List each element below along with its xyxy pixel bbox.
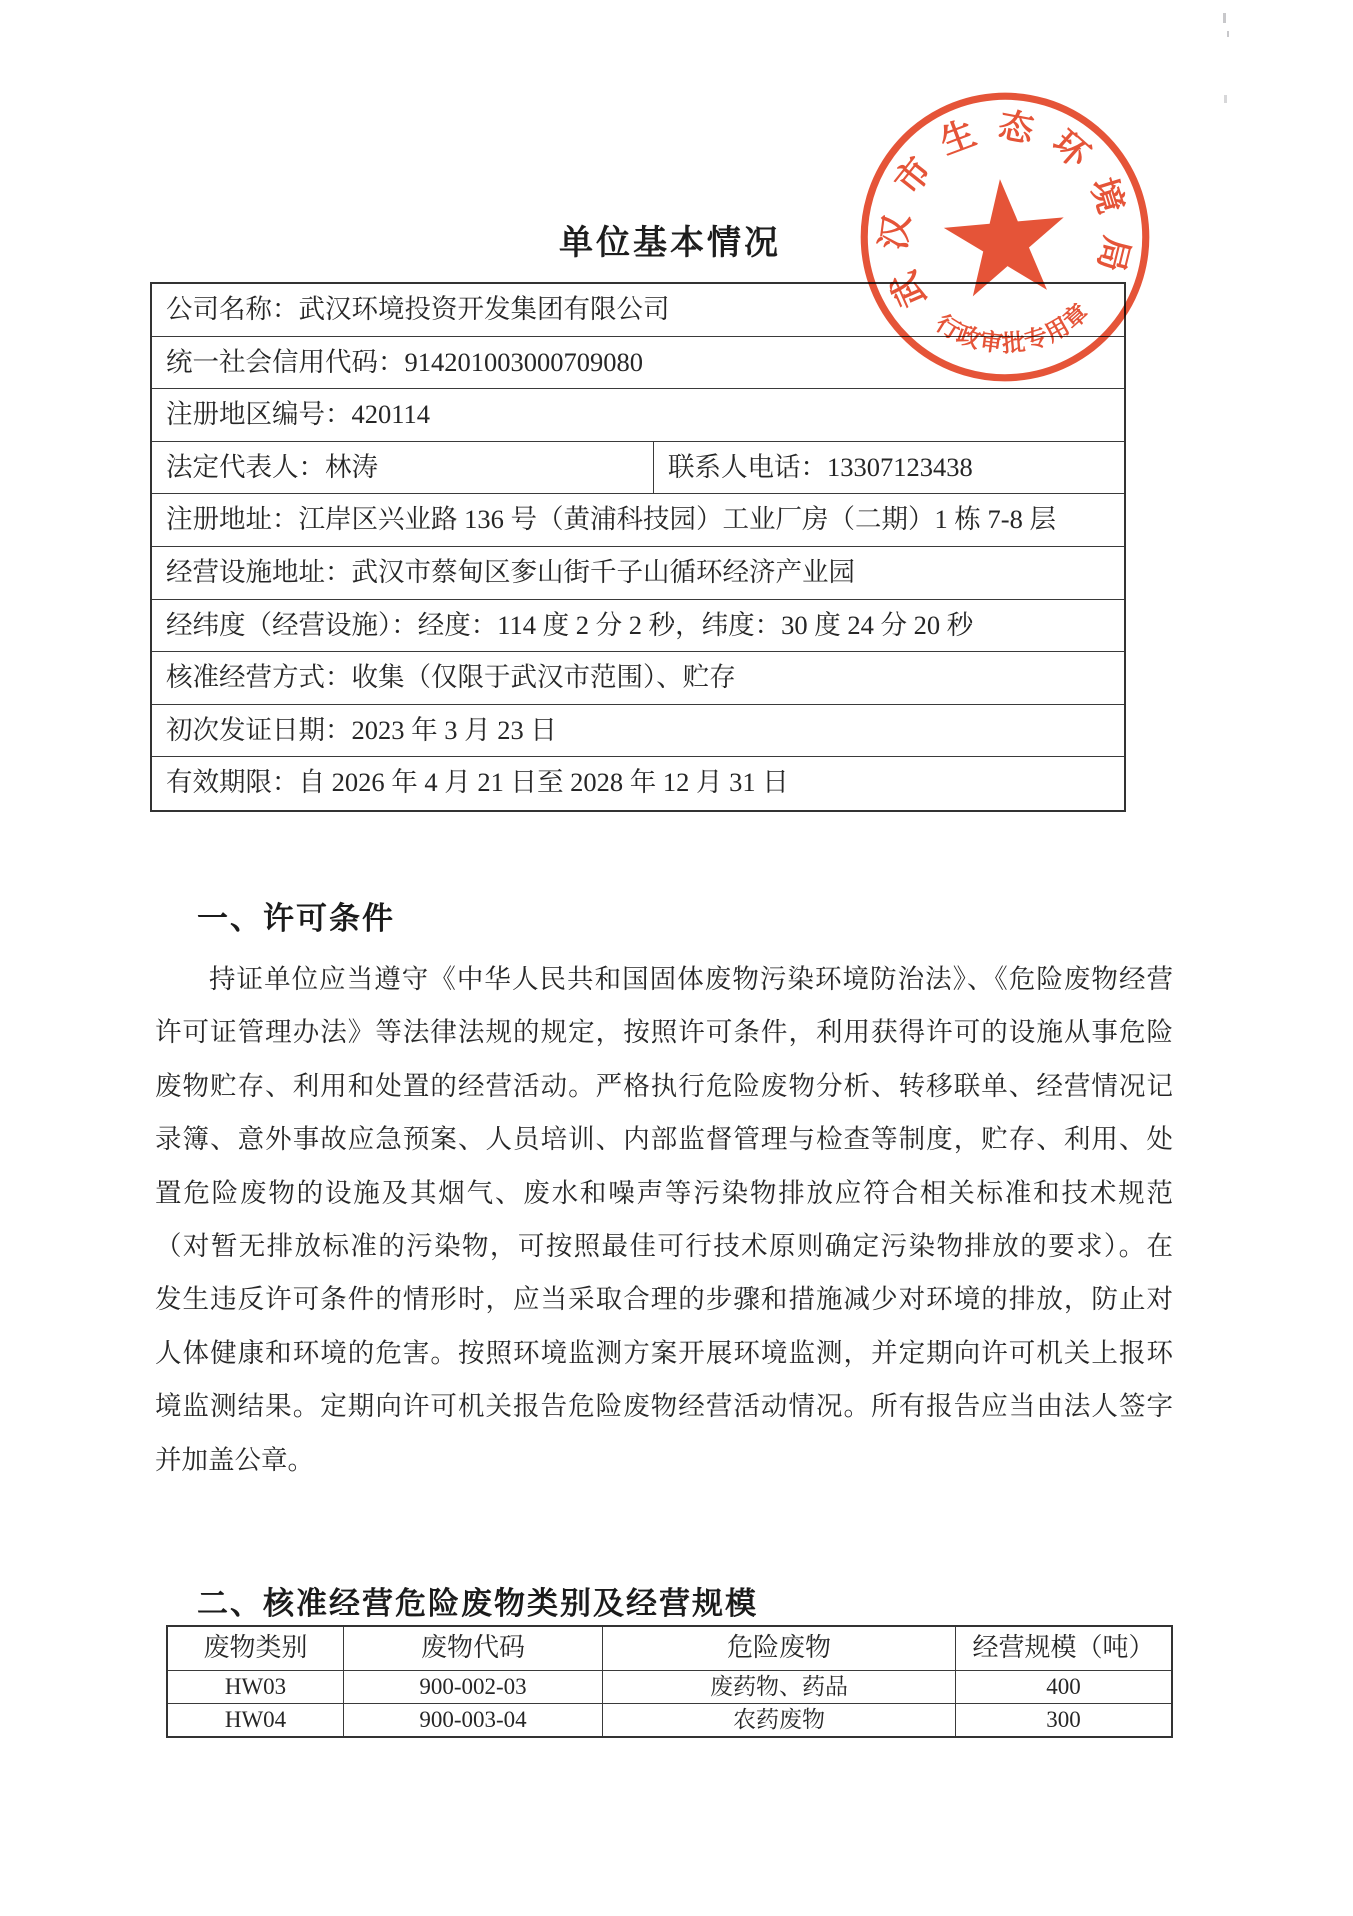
hazardous-waste-cell: 废药物、药品	[602, 1671, 955, 1703]
facility-address-cell: 经营设施地址：武汉市蔡甸区奓山街千子山循环经济产业园	[152, 547, 855, 599]
seal-graphic: 武汉市生态环境局 行政审批专用章	[839, 71, 1171, 403]
svg-text:行政审批专用章: 行政审批专用章	[930, 296, 1097, 363]
table-row: 初次发证日期：2023 年 3 月 23 日	[152, 705, 1124, 758]
section-1-heading: 一、许可条件	[197, 893, 395, 938]
paragraph-line: 录簿、意外事故应急预案、人员培训、内部监督管理与检查等制度，贮存、利用、处	[155, 1113, 1173, 1166]
scan-artifact	[1223, 13, 1226, 23]
seal-star-icon	[940, 174, 1070, 298]
table-row: 注册地址：江岸区兴业路 136 号（黄浦科技园）工业厂房（二期）1 栋 7-8 …	[152, 494, 1124, 547]
seal-label-text: 行政审批专用章	[930, 296, 1097, 363]
column-header-waste-code: 废物代码	[343, 1627, 602, 1670]
scale-cell: 400	[955, 1671, 1171, 1703]
document-page: 单位基本情况 武汉市生态环境局 行政审批专用章 公司名称：武汉环境投资开发集团有…	[0, 0, 1353, 1916]
paragraph-line: 置危险废物的设施及其烟气、废水和噪声等污染物排放应符合相关标准和技术规范	[155, 1167, 1173, 1220]
column-header-waste-category: 废物类别	[168, 1627, 343, 1670]
region-code-cell: 注册地区编号：420114	[152, 389, 430, 441]
paragraph-line: 废物贮存、利用和处置的经营活动。严格执行危险废物分析、转移联单、经营情况记	[155, 1060, 1173, 1113]
paragraph-line: （对暂无排放标准的污染物，可按照最佳可行技术原则确定污染物排放的要求）。在	[155, 1220, 1173, 1273]
official-seal: 武汉市生态环境局 行政审批专用章	[839, 71, 1171, 403]
waste-category-cell: HW03	[168, 1671, 343, 1703]
credit-code-cell: 统一社会信用代码：914201003000709080	[152, 337, 643, 389]
hazardous-waste-cell: 农药废物	[602, 1704, 955, 1736]
waste-code-cell: 900-003-04	[343, 1704, 602, 1736]
approved-operation-cell: 核准经营方式：收集（仅限于武汉市范围）、贮存	[152, 652, 736, 704]
paragraph-line: 并加盖公章。	[155, 1434, 1173, 1487]
scan-artifact	[1227, 31, 1229, 37]
section-2-heading: 二、核准经营危险废物类别及经营规模	[197, 1578, 758, 1623]
table-row: 法定代表人：林涛 联系人电话：13307123438	[152, 442, 1124, 495]
table-row: HW03 900-002-03 废药物、药品 400	[168, 1670, 1171, 1703]
paragraph-line: 许可证管理办法》等法律法规的规定，按照许可条件，利用获得许可的设施从事危险	[155, 1006, 1173, 1059]
column-header-hazardous-waste: 危险废物	[602, 1627, 955, 1670]
paragraph-line: 境监测结果。定期向许可机关报告危险废物经营活动情况。所有报告应当由法人签字	[155, 1380, 1173, 1433]
registered-address-cell: 注册地址：江岸区兴业路 136 号（黄浦科技园）工业厂房（二期）1 栋 7-8 …	[152, 494, 1056, 546]
paragraph-line: 持证单位应当遵守《中华人民共和国固体废物污染环境防治法》、《危险废物经营	[155, 953, 1173, 1006]
waste-category-cell: HW04	[168, 1704, 343, 1736]
waste-table-header-row: 废物类别 废物代码 危险废物 经营规模（吨）	[168, 1627, 1171, 1670]
table-row: 经营设施地址：武汉市蔡甸区奓山街千子山循环经济产业园	[152, 547, 1124, 600]
contact-phone-cell: 联系人电话：13307123438	[653, 442, 1124, 494]
waste-code-cell: 900-002-03	[343, 1671, 602, 1703]
paragraph-line: 人体健康和环境的危害。按照环境监测方案开展环境监测，并定期向许可机关上报环	[155, 1327, 1173, 1380]
table-row: 注册地区编号：420114	[152, 389, 1124, 442]
scan-artifact	[1224, 95, 1227, 103]
waste-scale-table: 废物类别 废物代码 危险废物 经营规模（吨） HW03 900-002-03 废…	[166, 1625, 1173, 1738]
scale-cell: 300	[955, 1704, 1171, 1736]
paragraph-line: 发生违反许可条件的情形时，应当采取合理的步骤和措施减少对环境的排放，防止对	[155, 1273, 1173, 1326]
validity-period-cell: 有效期限：自 2026 年 4 月 21 日至 2028 年 12 月 31 日	[152, 757, 789, 810]
column-header-scale: 经营规模（吨）	[955, 1627, 1171, 1670]
coordinates-cell: 经纬度（经营设施）：经度：114 度 2 分 2 秒，纬度：30 度 24 分 …	[152, 600, 973, 652]
table-row: 有效期限：自 2026 年 4 月 21 日至 2028 年 12 月 31 日	[152, 757, 1124, 810]
table-row: 核准经营方式：收集（仅限于武汉市范围）、贮存	[152, 652, 1124, 705]
first-issue-date-cell: 初次发证日期：2023 年 3 月 23 日	[152, 705, 557, 757]
company-name-cell: 公司名称：武汉环境投资开发集团有限公司	[152, 284, 670, 336]
table-row: HW04 900-003-04 农药废物 300	[168, 1703, 1171, 1736]
legal-representative-cell: 法定代表人：林涛	[152, 442, 653, 494]
license-conditions-paragraph: 持证单位应当遵守《中华人民共和国固体废物污染环境防治法》、《危险废物经营 许可证…	[155, 953, 1173, 1487]
table-row: 经纬度（经营设施）：经度：114 度 2 分 2 秒，纬度：30 度 24 分 …	[152, 600, 1124, 653]
